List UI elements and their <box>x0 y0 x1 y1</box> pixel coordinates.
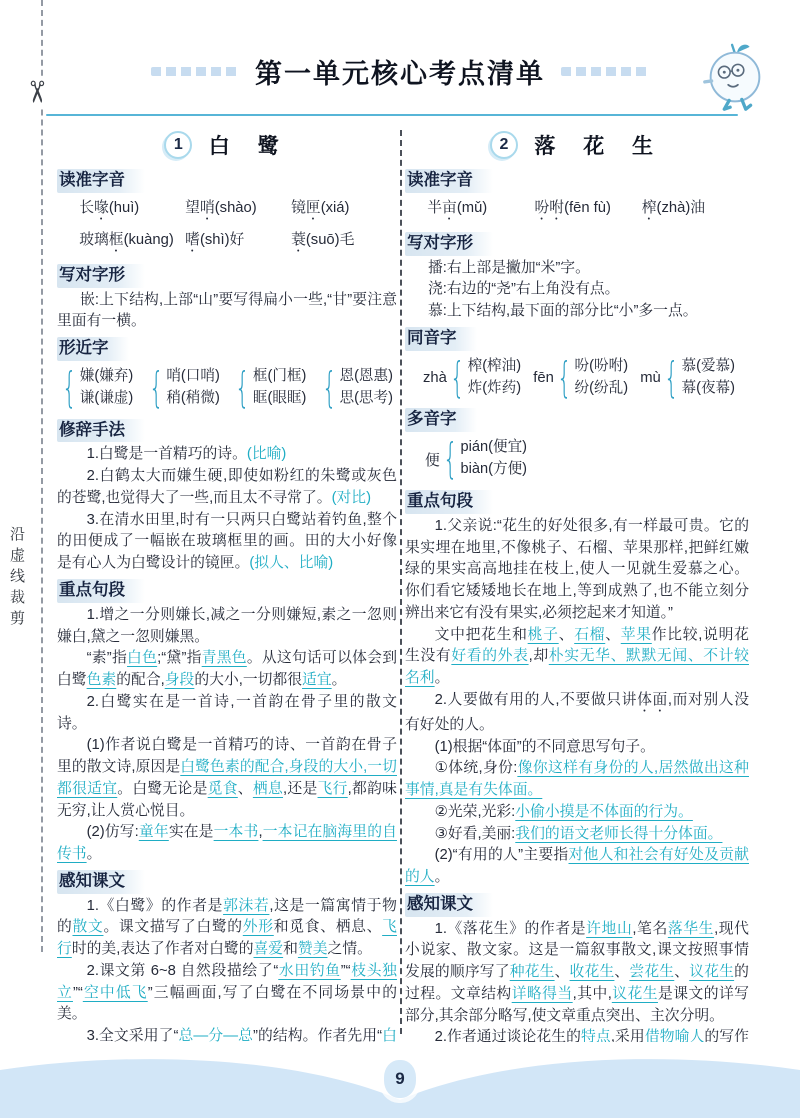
key-sentence-item: (2)仿写:童年实在是一本书,一本记在脑海里的自传书。 <box>57 822 397 866</box>
pinyin-row: 长喙(huì) 望哨(shào) 镜匣(xiá) <box>57 196 397 223</box>
pair-top: 嫌(嫌弃) <box>80 366 134 388</box>
polyphone-row: 便 { pián(便宜)biàn(方便) <box>405 437 749 481</box>
text-segment: 和 <box>283 941 298 957</box>
lesson-2-title: 落 花 生 <box>534 135 664 158</box>
text-segment: 小偷小摸是不体面的行为。 <box>515 804 693 820</box>
comprehension-item: 2.课文第 6~8 自然段描绘了“水田钓鱼”“枝头独立”“空中低飞”三幅画面,写… <box>57 961 397 1026</box>
pinyin-row: 玻璃框(kuàng) 嗜(shì)好 蓑(suō)毛 <box>57 228 397 255</box>
text-segment: 郭沫若 <box>223 898 269 914</box>
text-segment: (2)“有用的人”主要指 <box>435 847 569 863</box>
key-sentence-item: 2.白鹭实在是一首诗,一首韵在骨子里的散文诗。 <box>57 692 397 736</box>
text-segment: 。 <box>435 869 450 885</box>
section-heading-pronunciation: 读准字音 <box>57 169 145 193</box>
text-segment: 色素 <box>87 672 117 688</box>
scissors-icon: ✂ <box>20 76 52 107</box>
text-segment: 之情。 <box>328 941 372 957</box>
text-segment: (shì)好 <box>200 232 244 248</box>
text-segment: 实在是 <box>169 824 214 840</box>
pair-top: 慕(爱慕) <box>681 356 735 378</box>
pair-bottom: 谦(谦虚) <box>80 388 134 410</box>
text-segment: (拟人、比喻) <box>249 555 333 571</box>
column-divider-dashed <box>400 130 402 1034</box>
text-segment: ,却 <box>529 648 549 664</box>
brace-glyph: { <box>557 360 572 396</box>
page-header: 第一单元核心考点清单 <box>0 52 800 91</box>
text-segment: 1.增之一分则嫌长,减之一分则嫌短,素之一忽则嫌白,黛之一忽则嫌黑。 <box>57 607 397 645</box>
brace-glyph: { <box>235 370 250 406</box>
cut-dashed-line <box>41 0 43 952</box>
section-heading-key-sentences: 重点句段 <box>57 579 145 603</box>
pair-bottom: biàn(方便) <box>461 459 528 481</box>
text-segment: 镜 <box>291 200 306 216</box>
text-segment: 适宜 <box>302 672 332 688</box>
text-segment: 的配合, <box>116 672 165 688</box>
text-segment: 框 <box>109 232 124 248</box>
text-segment: 白色 <box>127 650 157 666</box>
header-rule <box>46 114 738 116</box>
pair-bottom: 稍(稍微) <box>166 388 220 410</box>
brace-glyph: { <box>450 360 465 396</box>
text-segment: 榨 <box>642 200 657 216</box>
text-segment: 石榴 <box>574 627 605 643</box>
pinyin-item: 蓑(suō)毛 <box>291 228 397 255</box>
cut-along-line-label: 沿虚线裁剪 <box>6 526 27 631</box>
text-segment: (2)仿写: <box>87 824 139 840</box>
text-segment: (对比) <box>332 490 371 506</box>
text-segment: 身段 <box>165 672 195 688</box>
text-segment: (suō)毛 <box>306 232 355 248</box>
character-pair-group: { 框(门框)眶(眼眶) <box>232 366 306 410</box>
text-segment: 散文 <box>72 919 103 935</box>
text-segment: 外形 <box>243 919 274 935</box>
brace-glyph: { <box>322 370 337 406</box>
key-sentence-item: 2.人要做有用的人,不要做只讲体面,而对别人没有好处的人。 <box>405 690 749 737</box>
text-segment: 详略得当 <box>512 986 573 1002</box>
section-heading-pronunciation: 读准字音 <box>405 169 493 193</box>
text-segment: 觅食 <box>208 781 238 797</box>
homophones-row: zhà { 榨(榨油)炸(炸药) fēn { 吩(吩咐)纷(纷乱) mù { 慕… <box>405 356 749 400</box>
shape-note: 慕:上下结构,最下面的部分比“小”多一点。 <box>405 301 749 323</box>
rhetoric-item: 2.白鹤太大而嫌生硬,即使如粉红的朱鹭或灰色的苍鹭,也觉得大了一些,而且太不寻常… <box>57 466 397 510</box>
text-segment: 1.白鹭是一首精巧的诗。 <box>87 446 247 462</box>
text-segment: ,还是 <box>283 781 318 797</box>
lesson-1-number-badge: 1 <box>164 131 192 159</box>
pair-bottom: 纷(纷乱) <box>575 378 629 400</box>
text-segment: 空中低飞 <box>83 985 148 1001</box>
section-heading-character-shape: 写对字形 <box>57 264 145 288</box>
text-segment: 、 <box>605 627 621 643</box>
text-segment: (xiá) <box>321 200 350 216</box>
section-heading-homophones: 同音字 <box>405 327 477 351</box>
text-segment: (shào) <box>215 200 257 216</box>
pinyin-item: 长喙(huì) <box>79 196 185 223</box>
text-segment: 许地山 <box>586 921 632 937</box>
text-segment: 浇:右边的“尧”右上角没有点。 <box>428 281 620 297</box>
text-segment: 、 <box>238 781 253 797</box>
rhetoric-item: 1.白鹭是一首精巧的诗。(比喻) <box>57 444 397 466</box>
character-pair-group: { 哨(口哨)稍(稍微) <box>146 366 220 410</box>
text-segment: ,其中, <box>573 986 612 1002</box>
text-segment: 的大小,一切都很 <box>194 672 302 688</box>
key-sentence-item: ②光荣,光彩:小偷小摸是不体面的行为。 <box>405 802 749 824</box>
text-segment: 蓑 <box>291 232 306 248</box>
text-segment: ,笔名 <box>632 921 668 937</box>
text-segment: 议花生 <box>612 986 658 1002</box>
text-segment: 青黑色 <box>202 650 247 666</box>
pinyin-item: 半亩(mǔ) <box>427 196 534 223</box>
shape-note: 播:右上部是撇加“米”字。 <box>405 258 749 280</box>
pair-bottom: 炸(炸药) <box>468 378 522 400</box>
text-segment: 1.父亲说:“花生的好处很多,有一样最可贵。它的果实埋在地里,不像桃子、石榴、苹… <box>405 518 749 621</box>
comprehension-item: 1.《落花生》的作者是许地山,笔名落华生,现代小说家、散文家。这是一篇叙事散文,… <box>405 919 749 1028</box>
text-segment: 收花生 <box>570 964 615 980</box>
character-label: 便 <box>425 449 440 470</box>
key-sentence-item: 1.增之一分则嫌长,减之一分则嫌短,素之一忽则嫌白,黛之一忽则嫌黑。 <box>57 605 397 649</box>
text-segment: (比喻) <box>247 446 286 462</box>
text-segment: ”“ <box>73 985 83 1001</box>
section-heading-text-comprehension: 感知课文 <box>405 893 493 917</box>
key-sentence-item: 文中把花生和桃子、石榴、苹果作比较,说明花生没有好看的外表,却朴实无华、默默无闻… <box>405 625 749 690</box>
text-segment: 嗜 <box>185 232 200 248</box>
text-segment: (zhà)油 <box>657 200 706 216</box>
text-segment: 。 <box>87 846 102 862</box>
text-segment: 2.人要做有用的人,不要做只讲 <box>435 692 637 708</box>
lesson-column-1: 1 白 鹭 读准字音 长喙(huì) 望哨(shào) 镜匣(xiá) 玻璃框(… <box>57 124 397 1042</box>
text-segment: 。白鹭无论是 <box>117 781 207 797</box>
brace-glyph: { <box>443 441 458 477</box>
pinyin-label: mù <box>640 370 661 386</box>
pinyin-item: 吩咐(fēn fù) <box>534 196 641 223</box>
text-segment: 、 <box>559 627 575 643</box>
mascot-icon <box>696 40 774 116</box>
key-sentence-item: (1)根据“体面”的不同意思写句子。 <box>405 737 749 759</box>
text-segment: (huì) <box>109 200 139 216</box>
section-heading-text-comprehension: 感知课文 <box>57 870 145 894</box>
brace-glyph: { <box>664 360 679 396</box>
text-segment: 半 <box>427 200 442 216</box>
text-segment: ②光荣,光彩: <box>435 804 516 820</box>
text-segment: 好看的外表 <box>451 648 528 664</box>
shape-note: 嵌:上下结构,上部“山”要写得扁小一些,“甘”要注意里面有一横。 <box>57 290 397 334</box>
homophone-group: fēn { 吩(吩咐)纷(纷乱) <box>533 356 628 400</box>
text-segment: 落华生 <box>668 921 714 937</box>
section-heading-key-sentences: 重点句段 <box>405 490 493 514</box>
text-segment: 播:右上部是撇加“米”字。 <box>428 260 590 276</box>
key-sentence-item: ①体统,身份:像你这样有身份的人,居然做出这种事情,真是有失体面。 <box>405 758 749 802</box>
text-segment: 苹果 <box>621 627 652 643</box>
text-segment: ”“ <box>341 963 351 979</box>
lesson-1-title-row: 1 白 鹭 <box>57 130 397 160</box>
text-segment: 体面 <box>637 692 668 708</box>
character-pair-group: { 恩(恩惠)思(思考) <box>319 366 393 410</box>
text-segment: 。 <box>332 672 347 688</box>
text-segment: 2.课文第 6~8 自然段描绘了“ <box>87 963 279 979</box>
comprehension-item: 1.《白鹭》的作者是郭沫若,这是一篇寓情于物的散文。课文描写了白鹭的外形和觅食、… <box>57 896 397 961</box>
section-heading-polyphone: 多音字 <box>405 408 477 432</box>
pinyin-item: 嗜(shì)好 <box>185 228 291 255</box>
key-sentence-item: 1.父亲说:“花生的好处很多,有一样最可贵。它的果实埋在地里,不像桃子、石榴、苹… <box>405 516 749 625</box>
content-area: 1 白 鹭 读准字音 长喙(huì) 望哨(shào) 镜匣(xiá) 玻璃框(… <box>57 124 749 1042</box>
text-segment: ;“黛”指 <box>157 650 202 666</box>
pinyin-label: zhà <box>423 370 447 386</box>
pinyin-item: 玻璃框(kuàng) <box>79 228 185 255</box>
pair-top: 框(门框) <box>253 366 307 388</box>
text-segment: 亩 <box>442 200 457 216</box>
text-segment: 我们的语文老师长得十分体面。 <box>515 826 722 842</box>
lesson-2-title-row: 2 落 花 生 <box>405 130 749 160</box>
pinyin-item: 榨(zhà)油 <box>642 196 749 223</box>
key-sentence-item: ③好看,美丽:我们的语文老师长得十分体面。 <box>405 824 749 846</box>
pair-bottom: 眶(眼眶) <box>253 388 307 410</box>
pair-bottom: 幕(夜幕) <box>681 378 735 400</box>
text-segment: 、 <box>674 964 689 980</box>
text-segment: 哨 <box>200 200 215 216</box>
text-segment: 。课文描写了白鹭的 <box>103 919 242 935</box>
page-title: 第一单元核心考点清单 <box>255 52 545 91</box>
key-sentence-item: “素”指白色;“黛”指青黑色。从这句话可以体会到白鹭色素的配合,身段的大小,一切… <box>57 648 397 692</box>
text-segment: 玻璃 <box>79 232 109 248</box>
pinyin-item: 望哨(shào) <box>185 196 291 223</box>
text-segment: 桃子 <box>528 627 559 643</box>
similar-characters-row: { 嫌(嫌弃)谦(谦虚) { 哨(口哨)稍(稍微) { 框(门框)眶(眼眶) {… <box>57 366 397 410</box>
text-segment: 时的美,表达了作者对白鹭的 <box>72 941 254 957</box>
text-segment: “素”指 <box>87 650 127 666</box>
shape-note: 浇:右边的“尧”右上角没有点。 <box>405 279 749 301</box>
pair-top: pián(便宜) <box>461 437 528 459</box>
rhetoric-item: 3.在清水田里,时有一只两只白鹭站着钓鱼,整个的田便成了一幅嵌在玻璃框里的画。田… <box>57 510 397 575</box>
section-heading-character-shape: 写对字形 <box>405 232 493 256</box>
text-segment: 吩咐 <box>534 200 564 216</box>
polyphone-group: 便 { pián(便宜)biàn(方便) <box>425 437 527 481</box>
text-segment: 、 <box>614 964 629 980</box>
text-segment: 议花生 <box>689 964 734 980</box>
text-segment: 望 <box>185 200 200 216</box>
text-segment: (1)根据“体面”的不同意思写句子。 <box>435 739 655 755</box>
text-segment: 慕:上下结构,最下面的部分比“小”多一点。 <box>428 303 698 319</box>
page-number-badge: 9 <box>384 1060 416 1098</box>
text-segment: (mǔ) <box>457 200 487 216</box>
text-segment: 文中把花生和 <box>435 627 528 643</box>
key-sentence-item: (2)“有用的人”主要指对他人和社会有好处及贡献的人。 <box>405 845 749 889</box>
pinyin-row: 半亩(mǔ) 吩咐(fēn fù) 榨(zhà)油 <box>405 196 749 223</box>
text-segment: 喜爱 <box>254 941 284 957</box>
pair-top: 榨(榨油) <box>468 356 522 378</box>
text-segment: 童年 <box>139 824 169 840</box>
pair-bottom: 思(思考) <box>339 388 393 410</box>
pinyin-label: fēn <box>533 370 554 386</box>
homophone-group: zhà { 榨(榨油)炸(炸药) <box>423 356 521 400</box>
key-sentence-item: (1)作者说白鹭是一首精巧的诗、一首韵在骨子里的散文诗,原因是白鹭色素的配合,身… <box>57 735 397 822</box>
text-segment: 、 <box>555 964 570 980</box>
text-segment: 长 <box>79 200 94 216</box>
text-segment: 一本书 <box>214 824 259 840</box>
text-segment: 飞行 <box>318 781 348 797</box>
text-segment: 喙 <box>94 200 109 216</box>
text-segment: (kuàng) <box>124 232 174 248</box>
lesson-1-title: 白 鹭 <box>209 135 290 158</box>
text-segment: 3.在清水田里,时有一只两只白鹭站着钓鱼,整个的田便成了一幅嵌在玻璃框里的画。田… <box>57 512 397 572</box>
text-segment: 和觅食、栖息、 <box>274 919 382 935</box>
text-segment: 2.白鹭实在是一首诗,一首韵在骨子里的散文诗。 <box>57 694 397 732</box>
text-segment: 水田钓鱼 <box>278 963 340 979</box>
text-segment: 赞美 <box>298 941 328 957</box>
section-heading-rhetoric: 修辞手法 <box>57 419 145 443</box>
homophone-group: mù { 慕(爱慕)幕(夜幕) <box>640 356 735 400</box>
text-segment: ①体统,身份: <box>435 760 518 776</box>
text-segment: 种花生 <box>510 964 555 980</box>
pair-top: 哨(口哨) <box>166 366 220 388</box>
title-decoration-right <box>561 67 649 76</box>
text-segment: 匣 <box>306 200 321 216</box>
text-segment: 栖息 <box>253 781 283 797</box>
text-segment: ③好看,美丽: <box>435 826 516 842</box>
brace-glyph: { <box>149 370 164 406</box>
lesson-2-number-badge: 2 <box>490 131 518 159</box>
title-decoration-left <box>151 67 239 76</box>
text-segment: 。 <box>435 670 450 686</box>
text-segment: 1.《落花生》的作者是 <box>435 921 587 937</box>
text-segment: (fēn fù) <box>564 200 611 216</box>
lesson-column-2: 2 落 花 生 读准字音 半亩(mǔ) 吩咐(fēn fù) 榨(zhà)油 写… <box>405 124 749 1042</box>
text-segment: 尝花生 <box>629 964 674 980</box>
pair-top: 恩(恩惠) <box>339 366 393 388</box>
pinyin-item: 镜匣(xiá) <box>291 196 397 223</box>
text-segment: 1.《白鹭》的作者是 <box>87 898 223 914</box>
character-pair-group: { 嫌(嫌弃)谦(谦虚) <box>59 366 133 410</box>
brace-glyph: { <box>62 370 77 406</box>
pair-top: 吩(吩咐) <box>575 356 629 378</box>
text-segment: 嵌:上下结构,上部“山”要写得扁小一些,“甘”要注意里面有一横。 <box>57 292 397 330</box>
section-heading-similar-characters: 形近字 <box>57 337 129 361</box>
